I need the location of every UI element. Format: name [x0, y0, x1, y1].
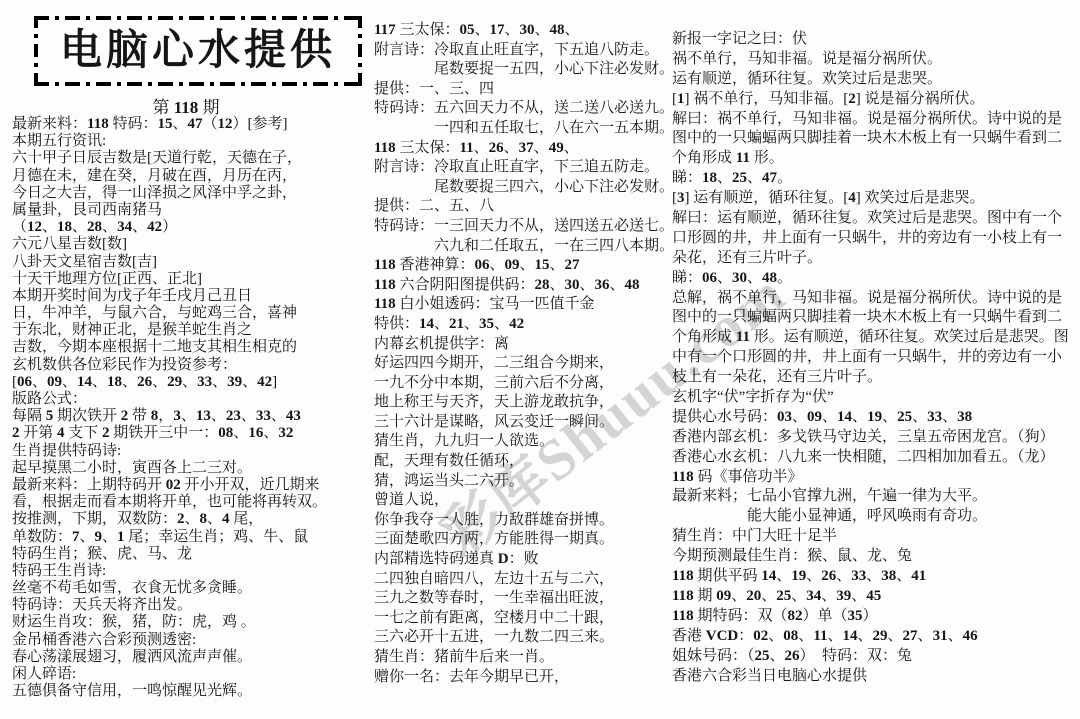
text-line: 图中的一只蝙蝠两只脚挂着一块木木板上有一只蜗牛看到二 — [672, 129, 1074, 149]
text-line: 2 开第 4 支下 2 期铁开三中一：08、16、32 — [12, 425, 368, 442]
column-left: 最新来料：118 特码：15、47（12）[参考]本期五行资讯:六十甲子日辰吉数… — [12, 116, 368, 700]
text-line: 睇：18、25、47。 — [672, 169, 1074, 189]
text-line: 一七之前有距离，空楼月中二十跟， — [374, 609, 672, 629]
text-line: 尾数要捉三四六，小心下注必发财。 — [374, 178, 672, 198]
text-line: 内部精选特码递真 D：败 — [374, 550, 672, 570]
text-line: 你争我夺一人胜，力敌群雄奋拼博。 — [374, 511, 672, 531]
text-line: 猜生肖：中门大旺十足半 — [672, 527, 1074, 547]
text-line: 特码诗：天兵天将齐出发。 — [12, 597, 368, 614]
text-line: 按推测，下期，双数防：2、8、4 尾， — [12, 511, 368, 528]
text-line: 118 期特码：双（82）单（35） — [672, 607, 1074, 627]
text-line: 枝上有一朵花，还有三片叶子。 — [672, 368, 1074, 388]
text-line: 闲人碎语: — [12, 666, 368, 683]
text-line: [06、09、14、18、26、29、33、39、42] — [12, 374, 368, 391]
text-line: 最新来料：118 特码：15、47（12）[参考] — [12, 116, 368, 133]
text-line: 三十六计是谋略，风云变迁一瞬间。 — [374, 413, 672, 433]
text-line: 118 期 09、20、25、34、39、45 — [672, 587, 1074, 607]
text-line: 曾道人说， — [374, 491, 672, 511]
text-line: 十天干地理方位[正西、正北] — [12, 271, 368, 288]
text-line: 特码诗：五六回天力不从，送二送八必送九。 — [374, 99, 672, 119]
text-line: 三九之数等春时，一生幸福出旺波， — [374, 589, 672, 609]
text-line: 香港 VCD：02、08、11、14、29、27、31、46 — [672, 627, 1074, 647]
text-line: 新报一字记之曰：伏 — [672, 30, 1074, 50]
text-line: 117 三太保：05、17、30、48、 — [374, 21, 672, 41]
text-line: 香港心水玄机：八九来一快相随，二四相加加看五。（龙） — [672, 448, 1074, 468]
text-line: 每隔 5 期次铁开 2 带 8，3、13、23、33、43 — [12, 408, 368, 425]
text-line: 提供：二、五、八 — [374, 197, 672, 217]
text-line: 春心荡漾展翅习，履洒风流声声催。 — [12, 649, 368, 666]
text-line: 赠你一名：去年今期早已开， — [374, 668, 672, 688]
text-line: 三面楚歌四方两，方能胜得一期真。 — [374, 530, 672, 550]
issue-number: 第 118 期 — [0, 93, 372, 118]
text-line: 118 三太保：11、26、37、49、 — [374, 139, 672, 159]
text-line: 118 白小姐透码：宝马一匹值千金 — [374, 295, 672, 315]
text-line: 提供：一、三、四 — [374, 80, 672, 100]
text-line: 配，天理有数任循环， — [374, 452, 672, 472]
text-line: 提供心水号码：03、09、14、19、25、33、38 — [672, 408, 1074, 428]
text-line: 于东北，财神正北，是猴羊蛇生肖之 — [12, 322, 368, 339]
text-line: 运有顺逆，循环往复。欢笑过后是悲哭。 — [672, 70, 1074, 90]
text-line: 内幕玄机提供字：离 — [374, 335, 672, 355]
text-line: 地上称王与天齐，天上游龙敢抗争， — [374, 393, 672, 413]
page-title: 电脑心水提供 — [34, 16, 362, 86]
text-line: 八卦天文星宿吉数[吉] — [12, 254, 368, 271]
text-line: 二四独自暗四八，左边十五与二六， — [374, 570, 672, 590]
text-line: 祸不单行，马知非福。说是福分祸所伏。 — [672, 50, 1074, 70]
text-line: 看，根据走而看本期将开单，也可能将再转双。 — [12, 494, 368, 511]
text-line: 金吊桶香港六合彩预测透密: — [12, 632, 368, 649]
text-line: 香港六合彩当日电脑心水提供 — [672, 667, 1074, 687]
text-line: 版路公式： — [12, 391, 368, 408]
text-line: 口形圆的井，井上面有一只蜗牛，井的旁边有一小枝上有一 — [672, 229, 1074, 249]
text-line: 能大能小显神通，呼风唤雨有奇功。 — [672, 507, 1074, 527]
text-line: 总解，祸不单行，马知非福。说是福分祸所伏。诗中说的是 — [672, 289, 1074, 309]
text-line: 附言诗：冷取直止旺直字，下三追五防走。 — [374, 158, 672, 178]
title-box: 电脑心水提供 — [34, 16, 362, 86]
text-line: 属量卦，艮司西南猪马 — [12, 202, 368, 219]
text-line: 玄机数供各位彩民作为投资参考： — [12, 357, 368, 374]
text-line: 香港内部玄机：多戈铁马守边关，三皇五帝困龙宫。（狗） — [672, 428, 1074, 448]
text-line: 吉数，今期本座根据十二地支其相生相克的 — [12, 339, 368, 356]
text-line: 猜，鸿运当头二六开。 — [374, 472, 672, 492]
text-line: 118 香港神算：06、09、15、27 — [374, 256, 672, 276]
text-line: 特码王生肖诗: — [12, 563, 368, 580]
text-line: 财运生肖攻：猴，猪，防：虎，鸡 。 — [12, 614, 368, 631]
text-line: 最新来料；七品小官撑九洲，午遍一律为大平。 — [672, 487, 1074, 507]
text-line: 一四和五任取七，八在六一五本期。 — [374, 119, 672, 139]
text-line: （12、18、28、34、42） — [12, 219, 368, 236]
text-line: 猜生肖：猪前牛后来一肖。 — [374, 648, 672, 668]
text-line: 六九和二任取五，一在三四八本期。 — [374, 237, 672, 257]
text-line: 解曰：祸不单行，马知非福。说是福分祸所伏。诗中说的是 — [672, 110, 1074, 130]
text-line: 特码诗：一三回天力不从，送四送五必送七。 — [374, 217, 672, 237]
text-line: [3] 运有顺逆，循环往复。[4] 欢笑过后是悲哭。 — [672, 189, 1074, 209]
text-line: 丝毫不苟毛如雪，衣食无忧多贪睡。 — [12, 580, 368, 597]
text-line: 尾数要捉一五四，小心下注必发财。 — [374, 60, 672, 80]
text-line: 118 码《事倍功半》 — [672, 468, 1074, 488]
text-line: 本期开奖时间为戊子年壬戌月己丑日 — [12, 288, 368, 305]
text-line: 解曰：运有顺逆，循环往复。欢笑过后是悲哭。图中有一个 — [672, 209, 1074, 229]
text-line: 中有一个口形圆的井，井上面有一只蜗牛，井的旁边有一小 — [672, 348, 1074, 368]
text-line: 日，牛冲羊，与鼠六合，与蛇鸡三合，喜神 — [12, 305, 368, 322]
text-line: 起早摸黑二小时，寅酉各上二三对。 — [12, 460, 368, 477]
text-line: 猜生肖，九九归一人欲选。 — [374, 432, 672, 452]
text-line: 朵花，还有三片叶子。 — [672, 249, 1074, 269]
text-line: [1] 祸不单行，马知非福。[2] 说是福分祸所伏。 — [672, 90, 1074, 110]
text-line: 一九不分中本期，三前六后不分离， — [374, 374, 672, 394]
text-line: 单数防：7、9、1 尾；幸运生肖；鸡、牛、鼠 — [12, 529, 368, 546]
text-line: 姐妹号码：（25、26） 特码：双：兔 — [672, 647, 1074, 667]
text-line: 玄机字“伏”字折存为“伏” — [672, 388, 1074, 408]
text-line: 六十甲子日辰吉数是[天道行乾，天德在子， — [12, 150, 368, 167]
text-line: 118 期供平码 14、19、26、33、38、41 — [672, 567, 1074, 587]
text-line: 好运四四今期开，二三组合今期来， — [374, 354, 672, 374]
column-middle: 117 三太保：05、17、30、48、附言诗：冷取直止旺直字，下五追八防走。 … — [374, 21, 672, 687]
text-line: 今日之大吉，得一山泽损之风泽中孚之卦， — [12, 185, 368, 202]
text-line: 睇：06、30、48。 — [672, 269, 1074, 289]
text-line: 个角形成 11 形。 — [672, 149, 1074, 169]
text-line: 特供：14、21、35、42 — [374, 315, 672, 335]
text-line: 月德在未，建在癸，月破在酉，月历在丙， — [12, 168, 368, 185]
text-line: 118 六合阴阳图提供码：28、30、36、48 — [374, 276, 672, 296]
text-line: 生肖提供特码诗: — [12, 443, 368, 460]
text-line: 三六必开十五进，一九数二四三来。 — [374, 628, 672, 648]
text-line: 附言诗：冷取直止旺直字，下五追八防走。 — [374, 41, 672, 61]
text-line: 六元八星吉数[数] — [12, 236, 368, 253]
text-line: 本期五行资讯: — [12, 133, 368, 150]
column-right: 新报一字记之曰：伏祸不单行，马知非福。说是福分祸所伏。运有顺逆，循环往复。欢笑过… — [672, 30, 1074, 686]
text-line: 五德俱备守信用，一鸣惊醒见光辉。 — [12, 683, 368, 700]
text-line: 特码生肖；猴、虎、马、龙 — [12, 546, 368, 563]
text-line: 今期预测最佳生肖：猴、鼠、龙、兔 — [672, 547, 1074, 567]
text-line: 最新来料：上期特码开 02 开小开双，近几期来 — [12, 477, 368, 494]
text-line: 图中的一只蝙蝠两只脚挂着一块木木板上有一只蜗牛看到二 — [672, 308, 1074, 328]
text-line: 个角形成 11 形。运有顺逆，循环往复。欢笑过后是悲哭。图 — [672, 328, 1074, 348]
